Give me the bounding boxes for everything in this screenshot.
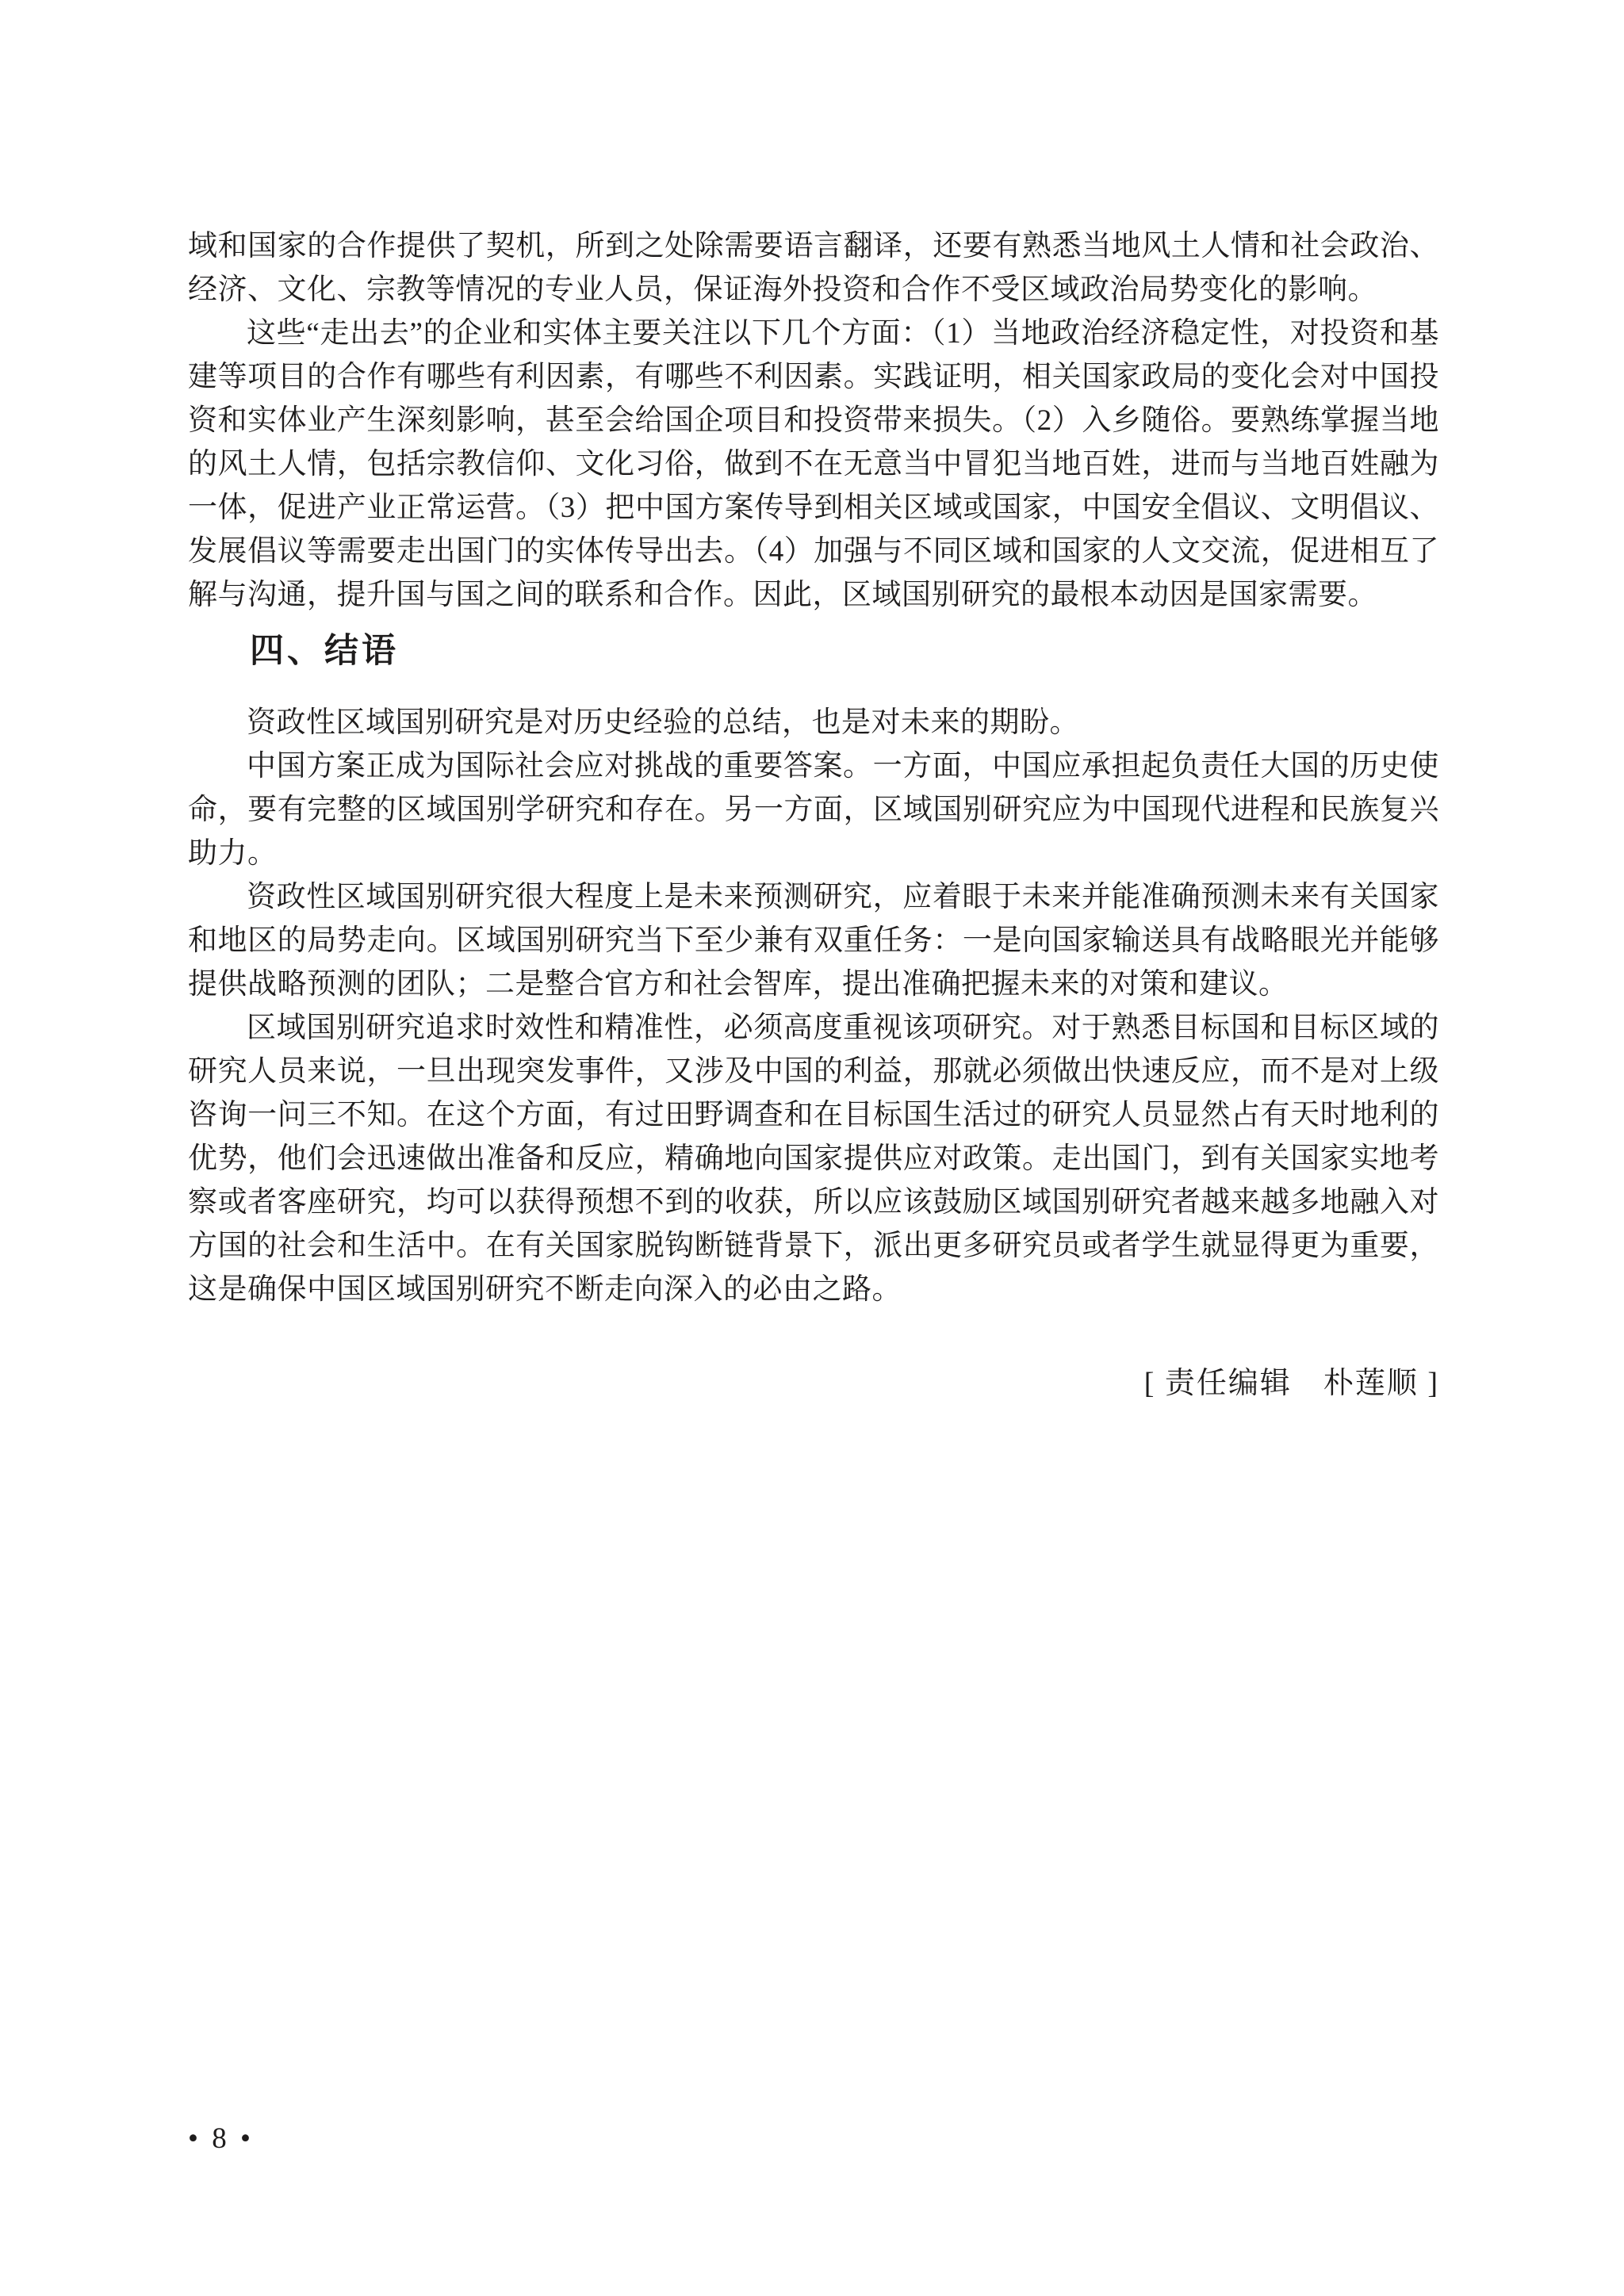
paragraph-continuation: 域和国家的合作提供了契机，所到之处除需要语言翻译，还要有熟悉当地风土人情和社会政…	[188, 224, 1439, 312]
article-body: 域和国家的合作提供了契机，所到之处除需要语言翻译，还要有熟悉当地风土人情和社会政…	[188, 224, 1439, 1406]
section-heading-conclusion: 四、结语	[250, 628, 1439, 674]
paragraph-going-out-enterprises: 这些“走出去”的企业和实体主要关注以下几个方面：（1）当地政治经济稳定性，对投资…	[188, 312, 1439, 617]
page-number: • 8 •	[188, 2122, 254, 2156]
paragraph-conclusion-3: 资政性区域国别研究很大程度上是未来预测研究，应着眼于未来并能准确预测未来有关国家…	[188, 875, 1439, 1006]
editor-note: [ 责任编辑 朴莲顺 ]	[188, 1362, 1439, 1406]
paragraph-conclusion-4: 区域国别研究追求时效性和精准性，必须高度重视该项研究。对于熟悉目标国和目标区域的…	[188, 1006, 1439, 1311]
paragraph-conclusion-2: 中国方案正成为国际社会应对挑战的重要答案。一方面，中国应承担起负责任大国的历史使…	[188, 744, 1439, 875]
document-page: 域和国家的合作提供了契机，所到之处除需要语言翻译，还要有熟悉当地风土人情和社会政…	[0, 0, 1624, 2296]
paragraph-conclusion-1: 资政性区域国别研究是对历史经验的总结，也是对未来的期盼。	[188, 701, 1439, 744]
